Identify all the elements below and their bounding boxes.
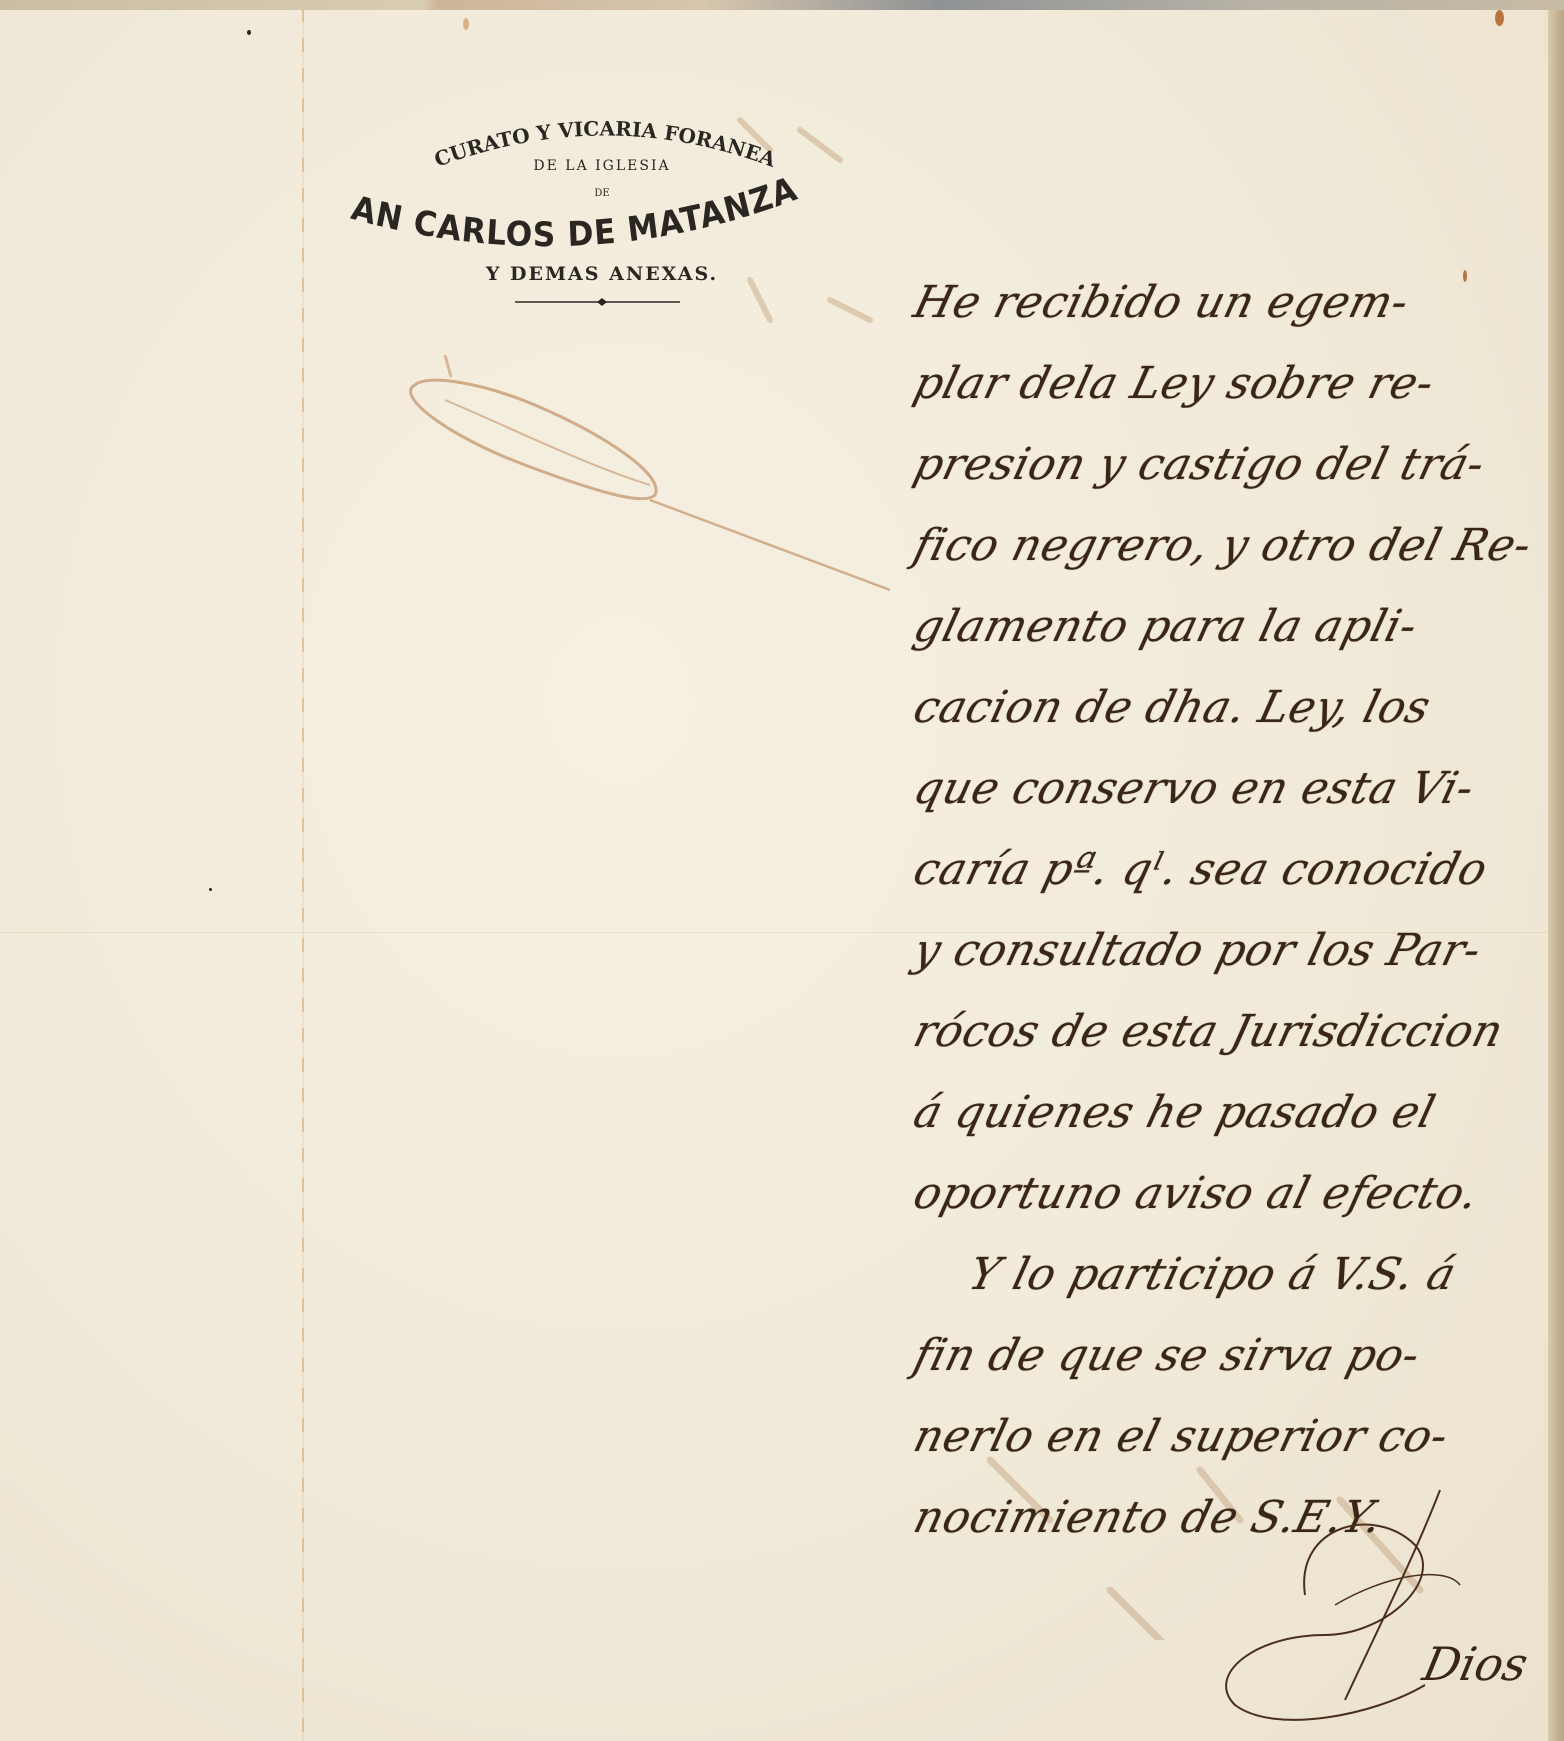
body-line-4: fico negrero, y otro del Re- bbox=[905, 505, 1555, 586]
ink-speck bbox=[247, 30, 251, 35]
body-line-13: Y lo participo á V.S. á bbox=[905, 1234, 1555, 1315]
body-line-11: á quienes he pasado el bbox=[905, 1072, 1555, 1153]
letterhead-line-3: DE bbox=[594, 188, 609, 199]
body-line-9: y consultado por los Par- bbox=[905, 910, 1555, 991]
ink-speck bbox=[209, 888, 212, 891]
letterhead-line-2: DE LA IGLESIA bbox=[533, 158, 670, 174]
foxing-spot bbox=[1495, 10, 1504, 26]
body-line-5: glamento para la apli- bbox=[905, 586, 1555, 667]
closing-word: Dios bbox=[1418, 1637, 1532, 1691]
letterhead-line-5: Y DEMAS ANEXAS. bbox=[485, 263, 718, 285]
body-line-15: nerlo en el superior co- bbox=[905, 1396, 1555, 1477]
body-line-8: caría pª. qˡ. sea conocido bbox=[905, 829, 1555, 910]
body-line-1: He recibido un egem- bbox=[905, 262, 1555, 343]
letter-body: He recibido un egem- plar dela Ley sobre… bbox=[915, 262, 1545, 1558]
closing-flourish: Dios bbox=[1185, 1485, 1545, 1725]
rubric-flourish bbox=[385, 355, 905, 625]
body-line-3: presion y castigo del trá- bbox=[905, 424, 1555, 505]
letterhead-ornament bbox=[597, 298, 607, 306]
vertical-fold-line bbox=[302, 8, 304, 1741]
letterhead: CURATO Y VICARIA FORANEA DE LA IGLESIA D… bbox=[340, 108, 870, 318]
body-line-2: plar dela Ley sobre re- bbox=[905, 343, 1555, 424]
body-line-7: que conservo en esta Vi- bbox=[905, 748, 1555, 829]
foxing-spot bbox=[463, 18, 469, 30]
scan-top-edge bbox=[0, 0, 1564, 10]
body-line-10: rócos de esta Jurisdiccion bbox=[905, 991, 1555, 1072]
body-line-12: oportuno aviso al efecto. bbox=[905, 1153, 1555, 1234]
body-line-6: cacion de dha. Ley, los bbox=[905, 667, 1555, 748]
body-line-14: fin de que se sirva po- bbox=[905, 1315, 1555, 1396]
